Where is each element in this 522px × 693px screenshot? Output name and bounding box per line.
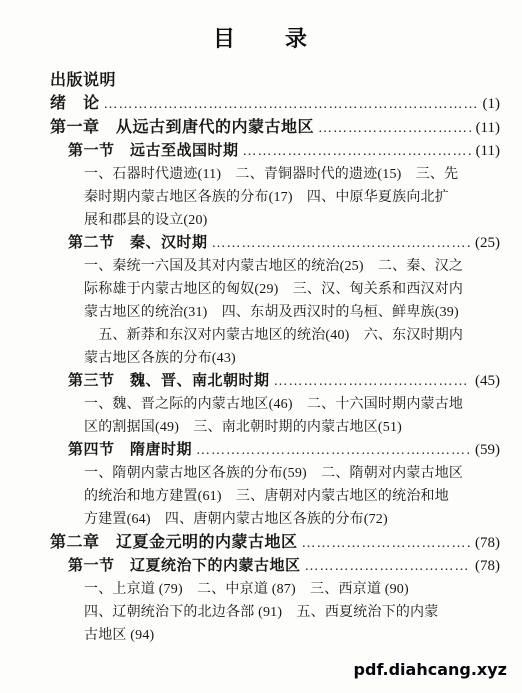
- toc-subitem-entry: 秦时期内蒙古地区各族的分布(17) 四、中原华夏族向北扩: [84, 186, 500, 209]
- toc-list: 出版说明绪 论…………………………………………………………………………………………: [50, 69, 500, 647]
- toc-subitem-entry: 的统治和地方建置(61) 三、唐朝对内蒙古地区的统治和地: [84, 485, 500, 508]
- toc-subitem-entry: 一、石器时代遗迹(11) 二、青铜器时代的遗迹(15) 三、先: [84, 163, 500, 186]
- toc-entry-label: 一、隋朝内蒙古地区各族的分布(59) 二、隋朝对内蒙古地区: [84, 462, 463, 485]
- toc-entry-label: 一、石器时代遗迹(11) 二、青铜器时代的遗迹(15) 三、先: [84, 163, 458, 186]
- dot-leader: …………………………………………………………………………………………………………: [212, 232, 470, 255]
- toc-entry-label: 绪 论: [50, 92, 100, 115]
- toc-chapter-entry: 第二章 辽夏金元明的内蒙古地区……………………………………………………………………: [50, 531, 500, 555]
- toc-entry-label: 蒙古地区各族的分布(43): [84, 347, 236, 370]
- toc-subitem-entry: 四、辽朝统治下的北边各部 (91) 五、西夏统治下的内蒙: [84, 601, 500, 624]
- toc-entry-label: 五、新莽和东汉对内蒙古地区的统治(40) 六、东汉时期内: [84, 324, 463, 347]
- toc-entry-label: 第一节 远古至战国时期: [68, 140, 239, 163]
- dot-leader: …………………………………………………………………………………………………………: [305, 555, 470, 578]
- page-number: (59): [475, 439, 500, 462]
- toc-entry-label: 第三节 魏、晋、南北朝时期: [68, 370, 270, 393]
- toc-page: 目 录 出版说明绪 论………………………………………………………………………………: [0, 0, 522, 647]
- dot-leader: …………………………………………………………………………………………………………: [274, 370, 470, 393]
- toc-entry-label: 一、上京道 (79) 二、中京道 (87) 三、西京道 (90): [84, 578, 409, 601]
- dot-leader: …………………………………………………………………………………………………………: [318, 117, 471, 140]
- toc-entry-label: 方建置(64) 四、唐朝内蒙古地区各族的分布(72): [84, 508, 388, 531]
- toc-entry-label: 第二节 秦、汉时期: [68, 232, 208, 255]
- toc-chapter-entry: 绪 论……………………………………………………………………………………………………: [50, 92, 500, 116]
- toc-entry-label: 出版说明: [50, 69, 116, 92]
- toc-front-entry: 出版说明: [50, 69, 500, 92]
- page-number: (11): [476, 140, 500, 163]
- toc-subitem-entry: 方建置(64) 四、唐朝内蒙古地区各族的分布(72): [84, 508, 500, 531]
- toc-entry-label: 第四节 隋唐时期: [68, 439, 192, 462]
- toc-section-entry: 第一节 远古至战国时期………………………………………………………………………………: [68, 140, 500, 163]
- toc-section-entry: 第三节 魏、晋、南北朝时期…………………………………………………………………………: [68, 370, 500, 393]
- toc-entry-label: 一、秦统一六国及其对内蒙古地区的统治(25) 二、秦、汉之: [84, 255, 463, 278]
- toc-entry-label: 一、魏、晋之际的内蒙古地区(46) 二、十六国时期内蒙古地: [84, 393, 463, 416]
- toc-entry-label: 古地区 (94): [84, 624, 154, 647]
- dot-leader: …………………………………………………………………………………………………………: [243, 140, 471, 163]
- toc-entry-label: 第一节 辽夏统治下的内蒙古地区: [68, 555, 301, 578]
- watermark: pdf.diahcang.xyz: [354, 660, 507, 679]
- page-number: (78): [475, 555, 500, 578]
- dot-leader: …………………………………………………………………………………………………………: [104, 93, 478, 116]
- toc-entry-label: 蒙古地区的统治(31) 四、东胡及西汉时的乌桓、鲜卑族(39): [84, 301, 459, 324]
- toc-subitem-entry: 一、秦统一六国及其对内蒙古地区的统治(25) 二、秦、汉之: [84, 255, 500, 278]
- toc-subitem-entry: 展和郡县的设立(20): [84, 209, 500, 232]
- toc-section-entry: 第四节 隋唐时期………………………………………………………………………………………: [68, 439, 500, 462]
- toc-entry-label: 第一章 从远古到唐代的内蒙古地区: [50, 116, 314, 139]
- toc-entry-label: 四、辽朝统治下的北边各部 (91) 五、西夏统治下的内蒙: [84, 601, 438, 624]
- toc-subitem-entry: 区的割据国(49) 三、南北朝时期的内蒙古地区(51): [84, 416, 500, 439]
- toc-entry-label: 展和郡县的设立(20): [84, 209, 208, 232]
- toc-chapter-entry: 第一章 从远古到唐代的内蒙古地区…………………………………………………………………: [50, 116, 500, 140]
- toc-section-entry: 第二节 秦、汉时期……………………………………………………………………………………: [68, 232, 500, 255]
- toc-subitem-entry: 蒙古地区各族的分布(43): [84, 347, 500, 370]
- toc-subitem-entry: 蒙古地区的统治(31) 四、东胡及西汉时的乌桓、鲜卑族(39): [84, 301, 500, 324]
- page-number: (78): [475, 532, 500, 555]
- page-number: (25): [475, 232, 500, 255]
- toc-subitem-entry: 一、上京道 (79) 二、中京道 (87) 三、西京道 (90): [84, 578, 500, 601]
- page-number: (11): [476, 117, 500, 140]
- toc-entry-label: 第二章 辽夏金元明的内蒙古地区: [50, 531, 298, 554]
- dot-leader: …………………………………………………………………………………………………………: [302, 532, 470, 555]
- toc-subitem-entry: 五、新莽和东汉对内蒙古地区的统治(40) 六、东汉时期内: [84, 324, 500, 347]
- page-number: (1): [483, 93, 501, 116]
- page-number: (45): [475, 370, 500, 393]
- toc-subitem-entry: 一、魏、晋之际的内蒙古地区(46) 二、十六国时期内蒙古地: [84, 393, 500, 416]
- toc-entry-label: 区的割据国(49) 三、南北朝时期的内蒙古地区(51): [84, 416, 402, 439]
- toc-subitem-entry: 古地区 (94): [84, 624, 500, 647]
- dot-leader: …………………………………………………………………………………………………………: [196, 439, 470, 462]
- toc-entry-label: 际称雄于内蒙古地区的匈奴(29) 三、汉、匈关系和西汉对内: [84, 278, 463, 301]
- toc-subitem-entry: 际称雄于内蒙古地区的匈奴(29) 三、汉、匈关系和西汉对内: [84, 278, 500, 301]
- toc-section-entry: 第一节 辽夏统治下的内蒙古地区……………………………………………………………………: [68, 555, 500, 578]
- page-title: 目 录: [50, 22, 472, 53]
- toc-subitem-entry: 一、隋朝内蒙古地区各族的分布(59) 二、隋朝对内蒙古地区: [84, 462, 500, 485]
- toc-entry-label: 秦时期内蒙古地区各族的分布(17) 四、中原华夏族向北扩: [84, 186, 449, 209]
- toc-entry-label: 的统治和地方建置(61) 三、唐朝对内蒙古地区的统治和地: [84, 485, 449, 508]
